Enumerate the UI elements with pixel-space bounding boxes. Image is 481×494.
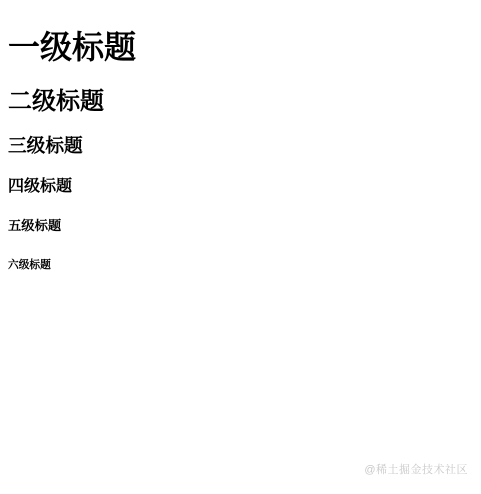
heading-level-3: 三级标题	[8, 135, 473, 157]
watermark-label: @稀土掘金技术社区	[364, 461, 468, 477]
heading-level-2: 二级标题	[8, 88, 473, 116]
heading-level-5: 五级标题	[8, 218, 473, 233]
document-body: 一级标题 二级标题 三级标题 四级标题 五级标题 六级标题	[0, 0, 481, 304]
heading-level-4: 四级标题	[8, 178, 473, 196]
heading-level-1: 一级标题	[8, 29, 473, 66]
heading-level-6: 六级标题	[8, 259, 473, 271]
